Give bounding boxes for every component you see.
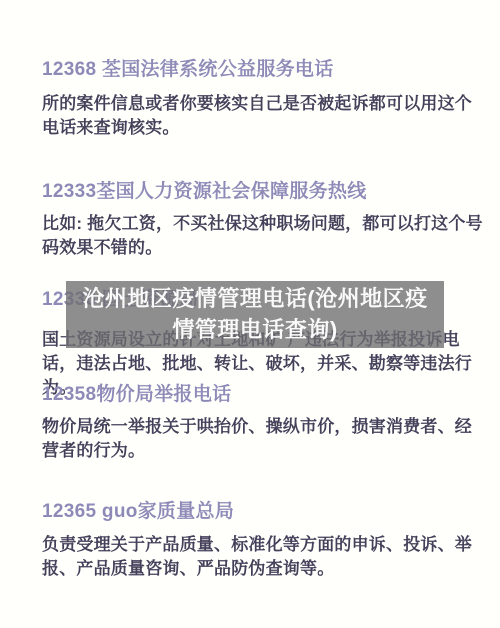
section-body-12368: 所的案件信息或者你要核实自己是否被起诉都可以用这个电话来查询核实。 bbox=[42, 92, 488, 140]
section-heading-12333: 12333荃国人力资源社会保障服务热线 bbox=[42, 180, 488, 204]
section-heading-12368: 12368 荃国法律系统公益服务电话 bbox=[42, 58, 488, 82]
section-heading-12358: 12358物价局举报电话 bbox=[42, 383, 488, 407]
article-page: 12368 荃国法律系统公益服务电话 所的案件信息或者你要核实自己是否被起诉都可… bbox=[0, 0, 500, 628]
section-heading-12365: 12365 guo家质量总局 bbox=[42, 500, 488, 524]
section-body-12358: 物价局统一举报关于哄抬价、操纵市价，损害消费者、经营者的行为。 bbox=[42, 415, 488, 463]
section-body-12365: 负责受理关于产品质量、标准化等方面的申诉、投诉、举报、产品质量咨询、严品防伪查询… bbox=[42, 533, 488, 581]
article-title-overlay: 沧州地区疫情管理电话(沧州地区疫 情管理电话查询) bbox=[66, 281, 444, 348]
article-title-line2: 情管理电话查询) bbox=[66, 314, 444, 345]
article-title-line1: 沧州地区疫情管理电话(沧州地区疫 bbox=[66, 283, 444, 314]
section-body-12333: 比如: 拖欠工资，不买社保这种职场问题，都可以打这个号码效果不错的。 bbox=[42, 212, 488, 260]
